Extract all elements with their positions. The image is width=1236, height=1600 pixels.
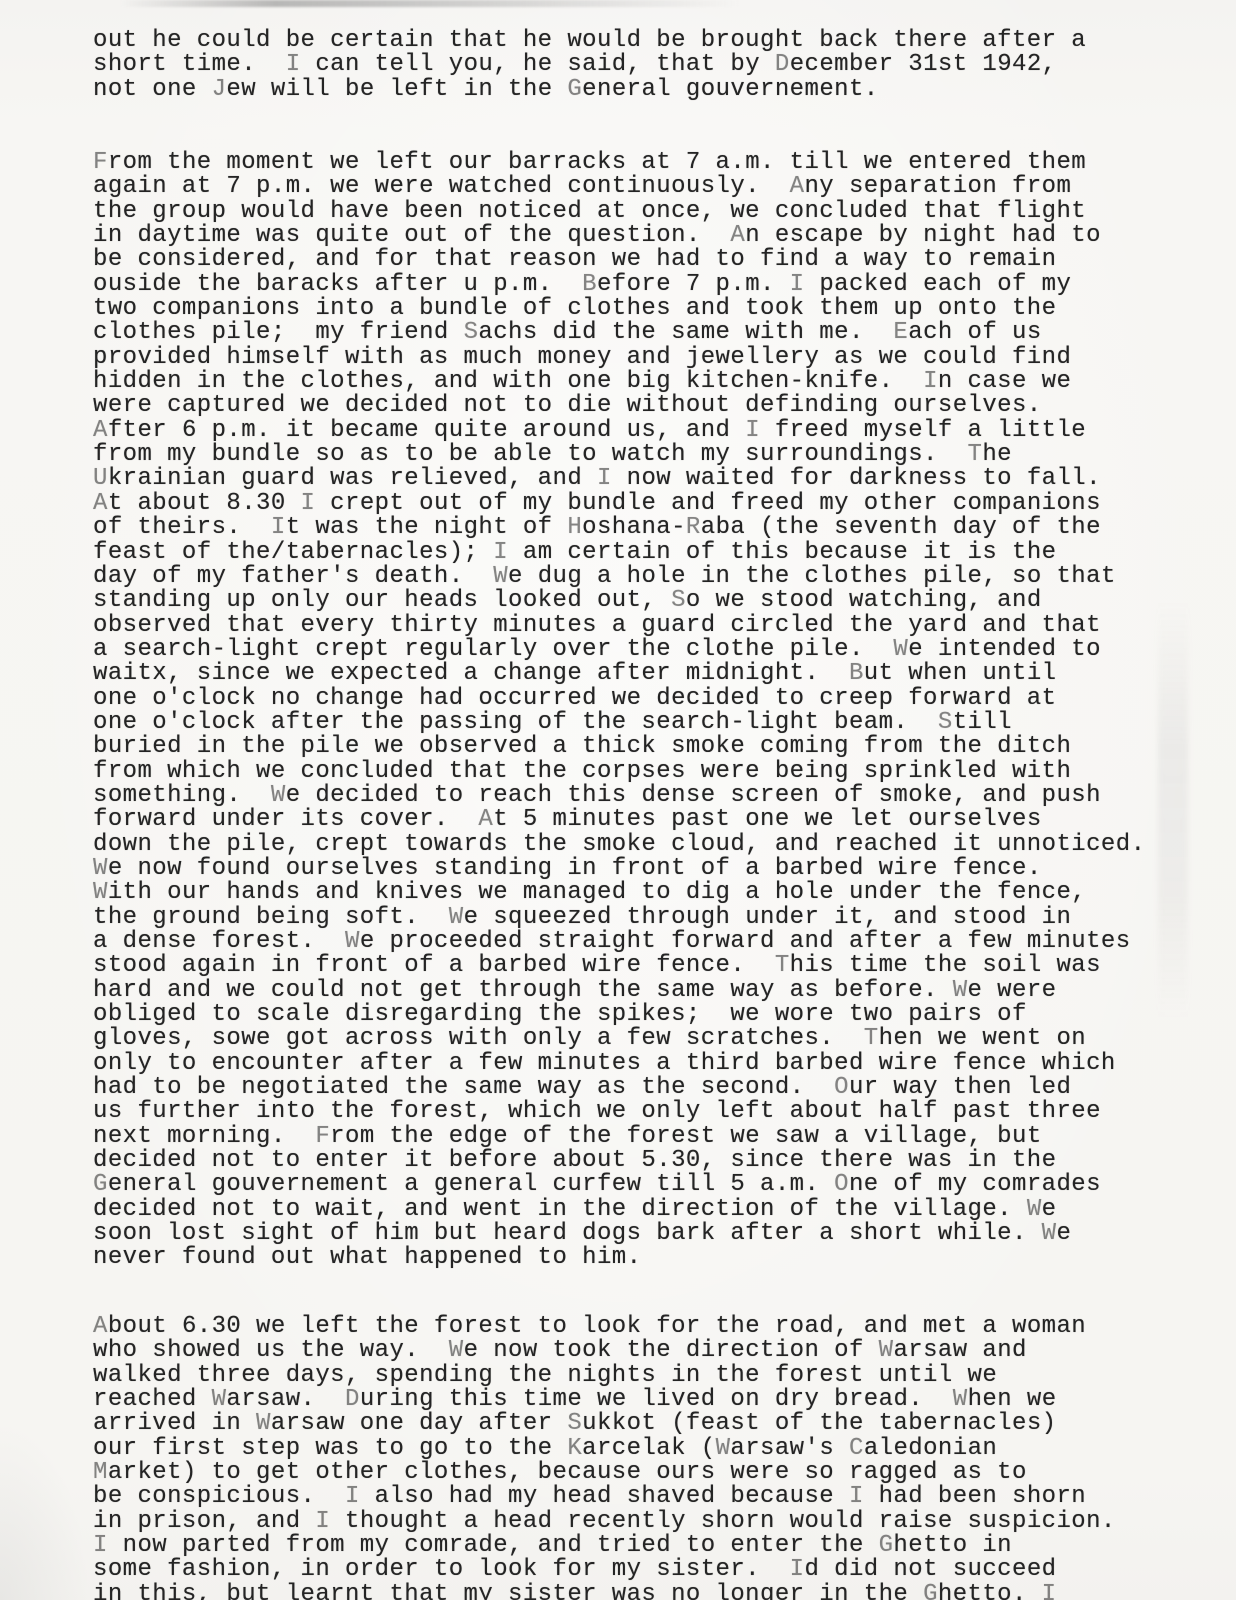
paragraph-december-statement: out he could be certain that he would be… <box>93 29 1086 102</box>
paragraph-escape-account: From the moment we left our barracks at … <box>93 151 1145 1271</box>
document-page: out he could be certain that he would be… <box>0 0 1236 1600</box>
scan-artifact-top-streak <box>120 0 740 7</box>
paragraph-journey-to-warsaw: About 6.30 we left the forest to look fo… <box>93 1315 1116 1600</box>
scan-artifact-bottom-left-shading <box>0 1420 90 1600</box>
scan-artifact-right-smudge <box>1158 600 1188 1020</box>
